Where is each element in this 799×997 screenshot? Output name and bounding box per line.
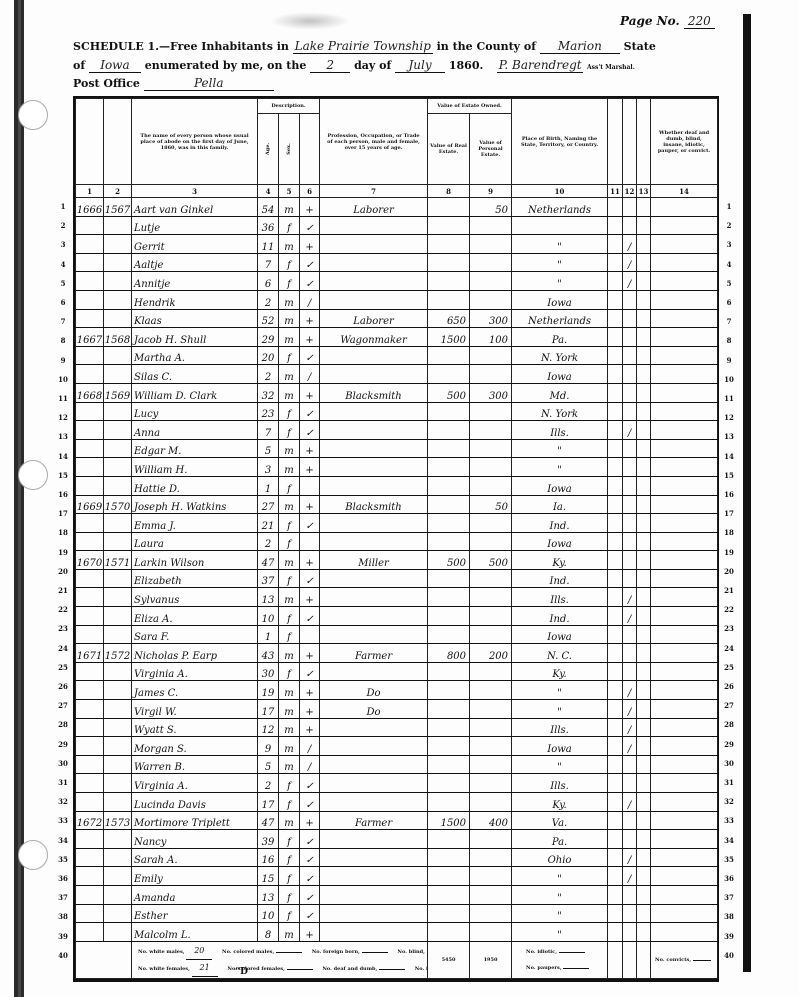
cell-illiterate [637,569,651,588]
cell-dwelling [76,830,104,849]
cell-family [104,718,132,737]
line-number: 39 [722,932,736,941]
cell-family [104,476,132,495]
cell-married [608,904,623,923]
cell-family [104,700,132,719]
cell-birthplace: Ills. [512,718,608,737]
cell-birthplace: Ind. [512,514,608,533]
line-number: 27 [722,701,736,710]
line-number: 28 [56,720,70,729]
census-row: Sara F.1fIowa [76,625,718,644]
cell-sex: f [279,867,300,886]
cell-occupation [320,662,428,681]
cell-real [428,458,470,477]
cell-real [428,235,470,254]
cell-married [608,253,623,272]
cell-birthplace: Ky. [512,551,608,570]
cell-condition [651,383,718,402]
cell-condition [651,458,718,477]
cell-personal [470,830,512,849]
line-number: 37 [722,893,736,902]
cell-illiterate [637,848,651,867]
line-number: 11 [722,394,736,403]
cell-color: ✓ [300,272,320,291]
cell-color: + [300,681,320,700]
census-row: Silas C.2m/Iowa [76,365,718,384]
cell-illiterate [637,253,651,272]
white-females-count: 21 [192,960,218,977]
cell-school [623,495,637,514]
cell-birthplace: Iowa [512,737,608,756]
cell-occupation [320,235,428,254]
cell-age: 3 [258,458,279,477]
cell-color: ✓ [300,253,320,272]
col-header-illiterate: Persons over 20 y'rs of age who cannot r… [637,99,651,185]
cell-school: / [623,793,637,812]
cell-illiterate [637,216,651,235]
cell-sex: m [279,700,300,719]
cell-color: / [300,365,320,384]
cell-condition [651,607,718,626]
line-number: 19 [722,548,736,557]
cell-school [623,774,637,793]
cell-school [623,290,637,309]
cell-color: + [300,235,320,254]
census-row: 16671568Jacob H. Shull29m+Wagonmaker1500… [76,328,718,347]
line-number: 28 [722,720,736,729]
cell-sex: m [279,737,300,756]
cell-real [428,867,470,886]
cell-school [623,551,637,570]
line-number: 2 [722,221,736,230]
cell-personal [470,476,512,495]
census-row: Esther10f✓" [76,904,718,923]
cell-age: 5 [258,755,279,774]
cell-personal [470,700,512,719]
cell-birthplace: " [512,253,608,272]
cell-age: 39 [258,830,279,849]
cell-dwelling [76,402,104,421]
cell-condition [651,811,718,830]
cell-married [608,737,623,756]
cell-sex: f [279,662,300,681]
cell-color: ✓ [300,848,320,867]
cell-married [608,365,623,384]
cell-birthplace: " [512,681,608,700]
cell-birthplace: Iowa [512,365,608,384]
census-row: Anna7f✓Ills./ [76,421,718,440]
col-header-age: Age. [258,114,279,185]
cell-condition [651,700,718,719]
cell-dwelling [76,662,104,681]
cell-sex: m [279,811,300,830]
col-header-school: Attended School within the year. [623,99,637,185]
cell-age: 20 [258,346,279,365]
cell-family [104,272,132,291]
cell-personal [470,625,512,644]
post-office-line: Post Office Pella [73,76,274,91]
cell-family [104,458,132,477]
cell-age: 19 [258,681,279,700]
cell-condition [651,365,718,384]
line-number: 40 [56,951,70,960]
col-header-occupation: Profession, Occupation, or Trade of each… [320,99,428,185]
cell-color: ✓ [300,830,320,849]
cell-name: Virginia A. [132,662,258,681]
line-number: 18 [722,528,736,537]
cell-illiterate [637,458,651,477]
cell-dwelling: 1667 [76,328,104,347]
col-header-birthplace: Place of Birth, Naming the State, Territ… [512,99,608,185]
cell-name: Martha A. [132,346,258,365]
cell-family [104,402,132,421]
cell-married [608,551,623,570]
cell-birthplace: Iowa [512,532,608,551]
cell-personal: 500 [470,551,512,570]
cell-illiterate [637,495,651,514]
cell-illiterate [637,346,651,365]
cell-occupation: Laborer [320,309,428,328]
census-row: Aaltje7f✓"/ [76,253,718,272]
cell-personal [470,272,512,291]
cell-name: Hattie D. [132,476,258,495]
line-number: 32 [56,797,70,806]
line-number: 10 [722,375,736,384]
cell-name: Sylvanus [132,588,258,607]
cell-married [608,885,623,904]
cell-birthplace: " [512,867,608,886]
cell-school [623,216,637,235]
cell-occupation [320,514,428,533]
line-number: 12 [722,413,736,422]
cell-condition [651,644,718,663]
cell-name: Jacob H. Shull [132,328,258,347]
cell-personal: 200 [470,644,512,663]
cell-married [608,793,623,812]
line-number: 11 [56,394,70,403]
cell-name: Wyatt S. [132,718,258,737]
census-row: Nancy39f✓Pa. [76,830,718,849]
line-number: 1 [56,202,70,211]
cell-real: 1500 [428,811,470,830]
line-number: 2 [56,221,70,230]
cell-family [104,569,132,588]
cell-color: ✓ [300,346,320,365]
cell-real: 800 [428,644,470,663]
state-field: Iowa [89,58,141,73]
census-row: 16661567Aart van Ginkel54m+Laborer50Neth… [76,198,718,217]
cell-family [104,625,132,644]
cell-school [623,644,637,663]
line-number: 20 [722,567,736,576]
line-number: 26 [56,682,70,691]
cell-birthplace: N. York [512,346,608,365]
cell-family [104,737,132,756]
cell-name: James C. [132,681,258,700]
line-number: 17 [722,509,736,518]
cell-dwelling [76,253,104,272]
cell-occupation: Farmer [320,811,428,830]
census-row: Virginia A.30f✓Ky. [76,662,718,681]
cell-dwelling: 1671 [76,644,104,663]
line-number: 35 [722,855,736,864]
cell-name: Gerrit [132,235,258,254]
cell-married [608,532,623,551]
cell-family [104,607,132,626]
cell-age: 1 [258,625,279,644]
cell-married [608,811,623,830]
cell-illiterate [637,662,651,681]
cell-color [300,532,320,551]
cell-color: ✓ [300,867,320,886]
cell-age: 47 [258,811,279,830]
cell-illiterate [637,365,651,384]
cell-dwelling [76,421,104,440]
cell-dwelling [76,755,104,774]
cell-condition [651,309,718,328]
cell-married [608,607,623,626]
census-row: Warren B.5m/" [76,755,718,774]
cell-birthplace: N. York [512,402,608,421]
cell-color: + [300,198,320,217]
cell-dwelling [76,793,104,812]
line-number: 31 [56,778,70,787]
cell-real [428,495,470,514]
county-field: Marion [540,39,620,54]
cell-real [428,848,470,867]
cell-dwelling [76,718,104,737]
cell-personal [470,421,512,440]
line-number: 27 [56,701,70,710]
cell-birthplace: Ind. [512,569,608,588]
cell-real [428,588,470,607]
cell-personal [470,867,512,886]
cell-color: + [300,644,320,663]
cell-married [608,383,623,402]
cell-school: / [623,588,637,607]
cell-name: Mortimore Triplett [132,811,258,830]
census-table: Dwelling-houses—numbered in the order of… [73,96,719,982]
line-number: 23 [722,624,736,633]
cell-age: 16 [258,848,279,867]
cell-illiterate [637,532,651,551]
cell-married [608,272,623,291]
cell-married [608,290,623,309]
cell-personal [470,607,512,626]
cell-occupation [320,737,428,756]
cell-real [428,253,470,272]
page-number-value: 220 [684,14,715,29]
cell-married [608,867,623,886]
punch-hole [18,840,48,870]
cell-illiterate [637,514,651,533]
cell-school [623,904,637,923]
cell-sex: m [279,718,300,737]
cell-dwelling [76,737,104,756]
cell-real [428,290,470,309]
cell-school [623,811,637,830]
cell-family: 1573 [104,811,132,830]
schedule-title-line: SCHEDULE 1.—Free Inhabitants in Lake Pra… [73,39,656,54]
cell-family [104,662,132,681]
cell-dwelling [76,235,104,254]
cell-personal [470,569,512,588]
cell-family [104,755,132,774]
cell-birthplace: Iowa [512,290,608,309]
line-number: 19 [56,548,70,557]
line-number: 3 [56,240,70,249]
month-field: July [395,58,445,73]
cell-name: Amanda [132,885,258,904]
cell-dwelling [76,514,104,533]
cell-age: 1 [258,476,279,495]
cell-birthplace: N. C. [512,644,608,663]
cell-school: / [623,272,637,291]
cell-sex: f [279,402,300,421]
col-header-dwelling: Dwelling-houses—numbered in the order of… [76,99,104,185]
line-number: 4 [722,260,736,269]
cell-condition [651,737,718,756]
cell-age: 11 [258,235,279,254]
cell-real [428,365,470,384]
cell-illiterate [637,681,651,700]
cell-occupation [320,607,428,626]
cell-condition [651,290,718,309]
cell-family [104,532,132,551]
cell-occupation: Do [320,700,428,719]
cell-personal [470,904,512,923]
cell-sex: f [279,272,300,291]
cell-occupation [320,588,428,607]
cell-dwelling [76,365,104,384]
cell-school [623,755,637,774]
cell-birthplace: Ia. [512,495,608,514]
col-header-sex: Sex. [279,114,300,185]
cell-dwelling [76,700,104,719]
col-group-description: Description. [258,99,320,114]
cell-personal [470,848,512,867]
cell-real [428,885,470,904]
cell-birthplace: Ills. [512,588,608,607]
cell-birthplace: Netherlands [512,309,608,328]
cell-sex: m [279,588,300,607]
cell-birthplace: Ills. [512,774,608,793]
cell-married [608,718,623,737]
cell-color: ✓ [300,662,320,681]
cell-name: Laura [132,532,258,551]
line-number: 20 [56,567,70,576]
line-number: 30 [56,759,70,768]
cell-personal [470,439,512,458]
line-number: 30 [722,759,736,768]
cell-sex: f [279,848,300,867]
line-number: 33 [56,816,70,825]
cell-dwelling [76,588,104,607]
col-header-real-estate: Value of Real Estate. [428,114,470,185]
cell-condition [651,514,718,533]
census-row: Sarah A.16f✓Ohio/ [76,848,718,867]
census-row: Laura2fIowa [76,532,718,551]
cell-married [608,681,623,700]
cell-real [428,532,470,551]
census-row: Sylvanus13m+Ills./ [76,588,718,607]
cell-condition [651,216,718,235]
cell-occupation [320,718,428,737]
cell-sex: f [279,904,300,923]
cell-occupation [320,458,428,477]
cell-color: + [300,383,320,402]
line-number: 6 [722,298,736,307]
line-number: 14 [56,452,70,461]
cell-married [608,755,623,774]
cell-sex: m [279,755,300,774]
cell-birthplace: Ky. [512,793,608,812]
census-row: Gerrit11m+"/ [76,235,718,254]
cell-condition [651,625,718,644]
cell-sex: f [279,421,300,440]
cell-age: 54 [258,198,279,217]
col-header-name: The name of every person whose usual pla… [132,99,258,185]
cell-age: 47 [258,551,279,570]
cell-illiterate [637,625,651,644]
line-number: 9 [56,356,70,365]
cell-school: / [623,718,637,737]
census-row: Emma J.21f✓Ind. [76,514,718,533]
line-number: 22 [56,605,70,614]
cell-personal [470,774,512,793]
cell-condition [651,198,718,217]
cell-family [104,346,132,365]
cell-sex: m [279,551,300,570]
cell-name: Lucinda Davis [132,793,258,812]
cell-illiterate [637,923,651,942]
cell-real [428,755,470,774]
cell-illiterate [637,885,651,904]
cell-birthplace: Ky. [512,662,608,681]
line-number: 10 [56,375,70,384]
cell-personal: 300 [470,383,512,402]
cell-age: 5 [258,439,279,458]
cell-occupation [320,365,428,384]
cell-occupation: Miller [320,551,428,570]
cell-real: 650 [428,309,470,328]
cell-school [623,569,637,588]
cell-birthplace: Md. [512,383,608,402]
cell-illiterate [637,644,651,663]
cell-name: Edgar M. [132,439,258,458]
col-header-condition: Whether deaf and dumb, blind, insane, id… [651,99,718,185]
cell-color: ✓ [300,216,320,235]
cell-age: 21 [258,514,279,533]
cell-school [623,476,637,495]
cell-color: + [300,588,320,607]
cell-name: Silas C. [132,365,258,384]
cell-condition [651,328,718,347]
cell-occupation: Do [320,681,428,700]
line-number: 3 [722,240,736,249]
cell-real [428,718,470,737]
cell-family: 1570 [104,495,132,514]
cell-occupation [320,755,428,774]
cell-age: 8 [258,923,279,942]
cell-age: 2 [258,532,279,551]
cell-sex: f [279,607,300,626]
cell-age: 7 [258,421,279,440]
cell-married [608,216,623,235]
cell-sex: f [279,774,300,793]
cell-married [608,458,623,477]
cell-occupation: Blacksmith [320,495,428,514]
